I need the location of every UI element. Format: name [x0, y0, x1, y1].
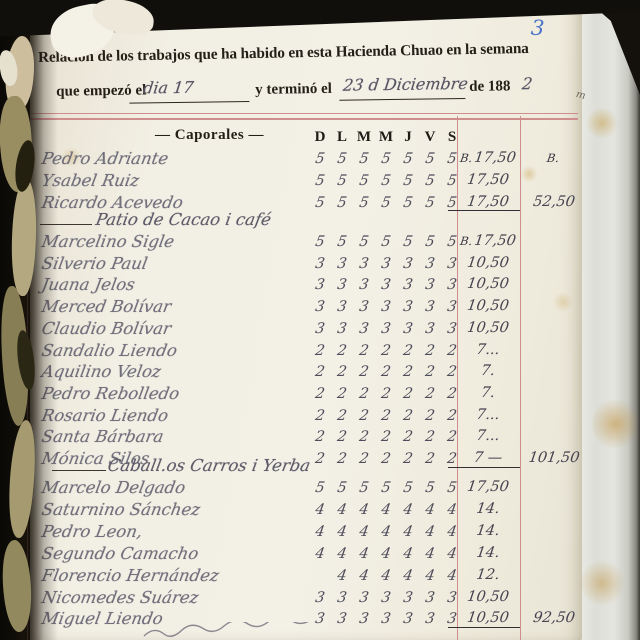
ledger-row: Marcelo Delgado555555517,50	[0, 478, 640, 500]
day-tally: 5	[398, 195, 419, 211]
end-date-handwritten: 23 d Diciembre	[342, 74, 469, 95]
day-tally: 3	[398, 611, 419, 627]
day-tally: 2	[398, 451, 419, 467]
header-year-label: de 188	[469, 78, 510, 96]
day-tally: 2	[354, 386, 375, 402]
section-total: 101,50	[520, 450, 588, 466]
worker-name: Saturnino Sánchez	[40, 500, 201, 519]
worker-name: Pedro Rebolledo	[40, 384, 181, 403]
weekly-amount: 7 —	[457, 450, 519, 466]
day-tally: 5	[354, 234, 375, 250]
day-tally: 2	[420, 451, 441, 467]
ledger-row: Claudio Bolívar333333310,50	[0, 319, 640, 341]
day-tally: 4	[398, 502, 419, 518]
day-tally: 3	[420, 611, 441, 627]
day-tally: 2	[398, 386, 419, 402]
day-tally: 2	[332, 408, 353, 424]
day-tally: 4	[398, 524, 419, 540]
day-tally: 3	[310, 256, 331, 272]
sum-underline	[448, 627, 520, 628]
section-dash	[52, 470, 106, 471]
day-tally: 3	[376, 256, 397, 272]
day-header-2: M	[355, 129, 373, 146]
day-tally: 2	[376, 343, 397, 359]
day-tally: 3	[354, 277, 375, 293]
ledger-row: Ricardo Acevedo555555517,5052,50	[0, 193, 640, 215]
day-tally: 2	[332, 451, 353, 467]
day-tally: 2	[332, 386, 353, 402]
ledger-row: Aquilino Veloz22222227.	[0, 362, 640, 384]
day-tally: 5	[332, 234, 353, 250]
day-tally: 3	[310, 321, 331, 337]
weekly-amount: 7...	[457, 428, 519, 444]
day-tally: 4	[310, 502, 331, 518]
worker-name: Ricardo Acevedo	[40, 193, 184, 212]
worker-name: Aquilino Veloz	[40, 362, 162, 381]
day-tally: 4	[420, 524, 441, 540]
day-tally: 3	[376, 321, 397, 337]
day-tally: 3	[376, 590, 397, 606]
day-tally: 4	[354, 568, 375, 584]
weekly-amount: 10,50	[457, 610, 519, 626]
day-tally: 4	[332, 568, 353, 584]
ledger-row: Rosario Liendo22222227...	[0, 406, 640, 428]
day-tally: 2	[354, 451, 375, 467]
day-tally: 4	[310, 524, 331, 540]
day-tally: 3	[310, 277, 331, 293]
worker-name: Marcelo Delgado	[40, 478, 187, 497]
ledger-photo: Relacion de los trabajos que ha habido e…	[0, 0, 640, 640]
day-header-6: S	[443, 129, 461, 146]
worker-name: Pedro Leon,	[40, 522, 144, 541]
day-tally: 3	[420, 256, 441, 272]
day-tally: 5	[332, 151, 353, 167]
worker-name: Ysabel Ruiz	[40, 171, 140, 190]
worker-name: Silverio Paul	[40, 254, 149, 273]
day-tally: 3	[420, 277, 441, 293]
day-tally: 2	[310, 451, 331, 467]
day-tally: 4	[354, 502, 375, 518]
day-header-3: M	[377, 129, 395, 146]
day-tally: 5	[310, 173, 331, 189]
ledger-row: Sandalio Liendo22222227...	[0, 341, 640, 363]
day-tally: 2	[376, 408, 397, 424]
day-tally: 5	[376, 173, 397, 189]
day-tally: 2	[376, 451, 397, 467]
day-tally: 3	[420, 299, 441, 315]
day-tally: 5	[398, 234, 419, 250]
day-tally: 2	[354, 408, 375, 424]
weekly-amount: 10,50	[457, 298, 519, 314]
day-tally: 2	[398, 343, 419, 359]
day-tally: 5	[354, 151, 375, 167]
day-tally: 4	[376, 546, 397, 562]
weekly-amount: 17,50	[457, 194, 519, 210]
day-tally: 2	[420, 408, 441, 424]
day-tally: 2	[420, 343, 441, 359]
day-tally: 5	[354, 480, 375, 496]
ledger-row: Silverio Paul333333310,50	[0, 254, 640, 276]
weekly-amount: 17,50	[457, 172, 519, 188]
day-tally: 3	[420, 590, 441, 606]
weekly-amount: 17,50	[457, 479, 519, 495]
day-tally: 4	[376, 524, 397, 540]
section-total: B.	[520, 150, 588, 166]
currency-mark: B.	[546, 151, 560, 165]
day-tally: 3	[398, 277, 419, 293]
ledger-row: Juana Jelos333333310,50	[0, 275, 640, 297]
day-tally: 3	[332, 256, 353, 272]
day-tally: 2	[376, 364, 397, 380]
section-title: Patio de Cacao i café	[94, 210, 272, 229]
ledger-row: Ysabel Ruiz555555517,50	[0, 171, 640, 193]
day-tally: 4	[376, 502, 397, 518]
day-tally: 3	[310, 299, 331, 315]
worker-name: Pedro Adriante	[40, 149, 170, 168]
day-tally: 2	[332, 343, 353, 359]
day-tally: 2	[310, 429, 331, 445]
worker-name: Nicomedes Suárez	[40, 588, 200, 607]
day-tally: 3	[354, 256, 375, 272]
day-tally: 5	[376, 195, 397, 211]
day-tally: 5	[310, 195, 331, 211]
day-tally: 5	[310, 480, 331, 496]
weekly-amount: 10,50	[457, 320, 519, 336]
day-tally: 5	[420, 173, 441, 189]
day-tally: 3	[332, 321, 353, 337]
weekly-amount: 14.	[457, 545, 519, 561]
day-tally: 2	[420, 429, 441, 445]
day-tally: 5	[398, 151, 419, 167]
weekly-amount: 14.	[457, 501, 519, 517]
day-tally: 3	[332, 299, 353, 315]
sum-underline	[448, 210, 520, 211]
day-tally: 3	[332, 590, 353, 606]
ledger-row: Marcelino Sigle5555555B.17,50	[0, 232, 640, 254]
day-tally: 3	[376, 299, 397, 315]
ruled-line-top	[30, 113, 578, 114]
day-tally: 2	[376, 429, 397, 445]
weekly-amount: 7...	[457, 342, 519, 358]
day-tally: 5	[376, 480, 397, 496]
day-tally: 2	[310, 408, 331, 424]
day-tally: 4	[420, 502, 441, 518]
day-tally: 3	[376, 277, 397, 293]
day-tally: 2	[398, 408, 419, 424]
day-tally: 5	[332, 195, 353, 211]
ledger-row: Pedro Adriante5555555B.17,50B.	[0, 149, 640, 171]
day-tally: 3	[310, 590, 331, 606]
day-tally: 5	[420, 480, 441, 496]
section-title: Caball.os Carros i Yerba	[106, 456, 312, 475]
day-tally: 4	[398, 546, 419, 562]
day-tally: 4	[332, 546, 353, 562]
day-tally: 4	[354, 546, 375, 562]
day-tally: 5	[310, 151, 331, 167]
day-tally: 5	[420, 234, 441, 250]
day-tally: 2	[332, 429, 353, 445]
day-tally: 2	[310, 343, 331, 359]
worker-name: Segundo Camacho	[40, 544, 200, 563]
section-total: 52,50	[520, 194, 588, 210]
currency-mark: B.	[459, 234, 473, 248]
day-tally: 4	[310, 546, 331, 562]
day-tally: 5	[398, 480, 419, 496]
header-start-label: que empezó el	[56, 82, 146, 100]
day-tally: 3	[420, 321, 441, 337]
day-tally: 3	[398, 590, 419, 606]
day-tally: 5	[398, 173, 419, 189]
worker-name: Juana Jelos	[40, 275, 136, 294]
weekly-amount: 10,50	[457, 255, 519, 271]
day-tally: 4	[420, 568, 441, 584]
section-title: — Caporales —	[155, 127, 264, 144]
day-tally: 4	[420, 546, 441, 562]
day-tally: 3	[354, 321, 375, 337]
ledger-row: Segundo Camacho444444414.	[0, 544, 640, 566]
worker-name: Claudio Bolívar	[40, 319, 172, 338]
ledger-row: Saturnino Sánchez444444414.	[0, 500, 640, 522]
weekly-amount: 7...	[457, 407, 519, 423]
ledger-row: Florencio Hernández44444412.	[0, 566, 640, 588]
day-header-1: L	[333, 129, 351, 146]
day-header-4: J	[399, 129, 417, 146]
day-tally: 2	[310, 364, 331, 380]
weekly-amount: 12.	[457, 567, 519, 583]
ledger-row: Merced Bolívar333333310,50	[0, 297, 640, 319]
day-header-5: V	[421, 129, 439, 146]
day-tally: 5	[354, 195, 375, 211]
day-tally: 3	[332, 277, 353, 293]
day-tally: 4	[398, 568, 419, 584]
day-tally: 2	[332, 364, 353, 380]
currency-mark: B.	[459, 151, 473, 165]
day-tally: 2	[376, 386, 397, 402]
day-tally: 2	[420, 364, 441, 380]
day-tally: 5	[420, 151, 441, 167]
day-tally: 3	[354, 590, 375, 606]
day-tally: 5	[376, 234, 397, 250]
day-tally: 2	[420, 386, 441, 402]
day-tally: 2	[398, 364, 419, 380]
ruled-line-top2	[30, 118, 578, 119]
ledger-row: Pedro Leon,444444414.	[0, 522, 640, 544]
start-date-handwritten: dia 17	[142, 78, 195, 98]
weekly-amount: B.17,50	[457, 150, 519, 166]
day-tally: 2	[354, 343, 375, 359]
worker-name: Santa Bárbara	[40, 427, 165, 446]
worker-name: Florencio Hernández	[40, 566, 220, 585]
page-number: 3	[530, 16, 545, 41]
day-tally: 5	[310, 234, 331, 250]
sum-underline	[448, 467, 520, 468]
section-dash	[40, 224, 92, 225]
partial-handwriting	[140, 622, 400, 640]
worker-name: Rosario Liendo	[40, 406, 169, 425]
day-tally: 5	[354, 173, 375, 189]
day-tally: 5	[420, 195, 441, 211]
weekly-amount: 14.	[457, 523, 519, 539]
day-tally: 2	[398, 429, 419, 445]
day-tally: 5	[376, 151, 397, 167]
day-tally: 2	[354, 364, 375, 380]
weekly-amount: B.17,50	[457, 233, 519, 249]
day-tally: 4	[354, 524, 375, 540]
day-tally: 4	[332, 502, 353, 518]
day-tally: 3	[354, 299, 375, 315]
day-tally: 2	[310, 386, 331, 402]
day-tally: 5	[332, 480, 353, 496]
weekly-amount: 10,50	[457, 589, 519, 605]
ledger-row: Nicomedes Suárez333333310,50	[0, 588, 640, 610]
weekly-amount: 10,50	[457, 276, 519, 292]
day-tally: 3	[398, 256, 419, 272]
weekly-amount: 7.	[457, 363, 519, 379]
day-tally: 4	[332, 524, 353, 540]
header-end-label: y terminó el	[255, 81, 332, 99]
worker-name: Merced Bolívar	[40, 297, 172, 316]
section-total: 92,50	[520, 610, 588, 626]
day-tally: 5	[332, 173, 353, 189]
worker-name: Marcelino Sigle	[40, 232, 176, 251]
day-tally: 2	[354, 429, 375, 445]
day-tally: 3	[398, 299, 419, 315]
ledger-row: Pedro Rebolledo22222227.	[0, 384, 640, 406]
day-tally: 3	[398, 321, 419, 337]
day-header-0: D	[311, 129, 329, 146]
worker-name: Sandalio Liendo	[40, 341, 178, 360]
weekly-amount: 7.	[457, 385, 519, 401]
day-tally: 4	[376, 568, 397, 584]
ledger-row: Mónica Silos22222227 —101,50	[0, 449, 640, 471]
ledger-row: Santa Bárbara22222227...	[0, 427, 640, 449]
